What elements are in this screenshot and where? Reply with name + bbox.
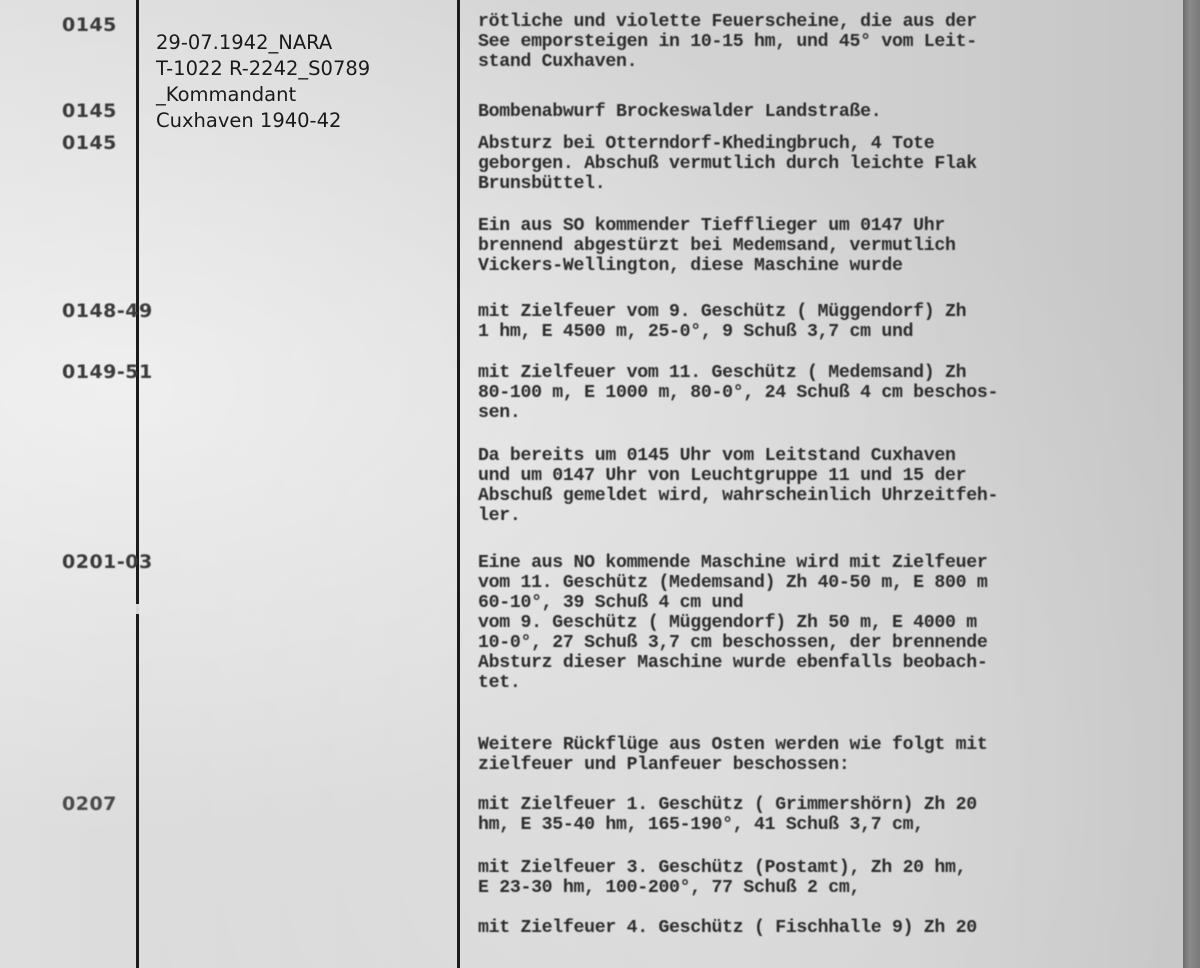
diary-entry: rötliche und violette Feuerscheine, die … [478,12,1183,72]
entry-line: mit Zielfeuer 4. Geschütz ( Fischhalle 9… [478,918,1183,938]
time-entry: 0207 [62,793,117,815]
entry-line: 80-100 m, E 1000 m, 80-0°, 24 Schuß 4 cm… [478,383,1183,403]
entry-line: Brunsbüttel. [478,174,1183,194]
entry-line: vom 9. Geschütz ( Müggendorf) Zh 50 m, E… [478,613,1183,633]
entry-line: E 23-30 hm, 100-200°, 77 Schuß 2 cm, [478,878,1183,898]
entry-line: tet. [478,673,1183,693]
caption-line: _Kommandant [156,82,370,108]
caption-line: Cuxhaven 1940-42 [156,108,370,134]
time-entry: 0149-51 [62,361,153,383]
entry-line: Eine aus NO kommende Maschine wird mit Z… [478,553,1183,573]
diary-entry: Weitere Rückflüge aus Osten werden wie f… [478,735,1183,775]
entry-line: 1 hm, E 4500 m, 25-0°, 9 Schuß 3,7 cm un… [478,322,1183,342]
column-rule-gap [136,604,139,614]
entry-line: stand Cuxhaven. [478,52,1183,72]
entry-line: mit Zielfeuer 1. Geschütz ( Grimmershörn… [478,795,1183,815]
entry-line: See emporsteigen in 10-15 hm, und 45° vo… [478,32,1183,52]
archive-caption: 29-07.1942_NARA T-1022 R-2242_S0789 _Kom… [156,30,370,134]
entry-line: mit Zielfeuer 3. Geschütz (Postamt), Zh … [478,858,1183,878]
diary-entry: mit Zielfeuer 3. Geschütz (Postamt), Zh … [478,858,1183,898]
entry-line: Abschuß gemeldet wird, wahrscheinlich Uh… [478,486,1183,506]
time-entry: 0145 [62,100,117,122]
entry-line: Absturz bei Otterndorf-Khedingbruch, 4 T… [478,134,1183,154]
entry-line: ler. [478,506,1183,526]
entry-line: Weitere Rückflüge aus Osten werden wie f… [478,735,1183,755]
diary-entry: mit Zielfeuer 4. Geschütz ( Fischhalle 9… [478,918,1183,938]
entry-line: Bombenabwurf Brockeswalder Landstraße. [478,102,1183,122]
diary-entry: mit Zielfeuer vom 9. Geschütz ( Müggendo… [478,302,1183,342]
entry-line: geborgen. Abschuß vermutlich durch leich… [478,154,1183,174]
entry-line: mit Zielfeuer vom 9. Geschütz ( Müggendo… [478,302,1183,322]
entry-line: rötliche und violette Feuerscheine, die … [478,12,1183,32]
column-rule-left [136,0,139,968]
entry-line: mit Zielfeuer vom 11. Geschütz ( Medemsa… [478,363,1183,383]
time-entry: 0145 [62,132,117,154]
entry-line: Da bereits um 0145 Uhr vom Leitstand Cux… [478,446,1183,466]
diary-entry: Ein aus SO kommender Tiefflieger um 0147… [478,216,1183,276]
entry-line: zielfeuer und Planfeuer beschossen: [478,755,1183,775]
entry-line: Ein aus SO kommender Tiefflieger um 0147… [478,216,1183,236]
caption-line: T-1022 R-2242_S0789 [156,56,370,82]
entry-line: brennend abgestürzt bei Medemsand, vermu… [478,236,1183,256]
diary-entry: Da bereits um 0145 Uhr vom Leitstand Cux… [478,446,1183,526]
time-entry: 0201-03 [62,551,153,573]
entry-line: 60-10°, 39 Schuß 4 cm und [478,593,1183,613]
diary-entry: Eine aus NO kommende Maschine wird mit Z… [478,553,1183,693]
entry-line: vom 11. Geschütz (Medemsand) Zh 40-50 m,… [478,573,1183,593]
entry-line: und um 0147 Uhr von Leuchtgruppe 11 und … [478,466,1183,486]
entry-line: sen. [478,403,1183,423]
entry-line: Vickers-Wellington, diese Maschine wurde [478,256,1183,276]
entry-line: Absturz dieser Maschine wurde ebenfalls … [478,653,1183,673]
time-entry: 0148-49 [62,300,153,322]
page-edge-shadow [1183,0,1200,968]
diary-entry: Absturz bei Otterndorf-Khedingbruch, 4 T… [478,134,1183,194]
diary-entry: mit Zielfeuer 1. Geschütz ( Grimmershörn… [478,795,1183,835]
diary-entry: Bombenabwurf Brockeswalder Landstraße. [478,102,1183,122]
entry-line: hm, E 35-40 hm, 165-190°, 41 Schuß 3,7 c… [478,815,1183,835]
column-rule-middle [457,0,460,968]
diary-entry: mit Zielfeuer vom 11. Geschütz ( Medemsa… [478,363,1183,423]
entry-line: 10-0°, 27 Schuß 3,7 cm beschossen, der b… [478,633,1183,653]
time-entry: 0145 [62,14,117,36]
caption-line: 29-07.1942_NARA [156,30,370,56]
